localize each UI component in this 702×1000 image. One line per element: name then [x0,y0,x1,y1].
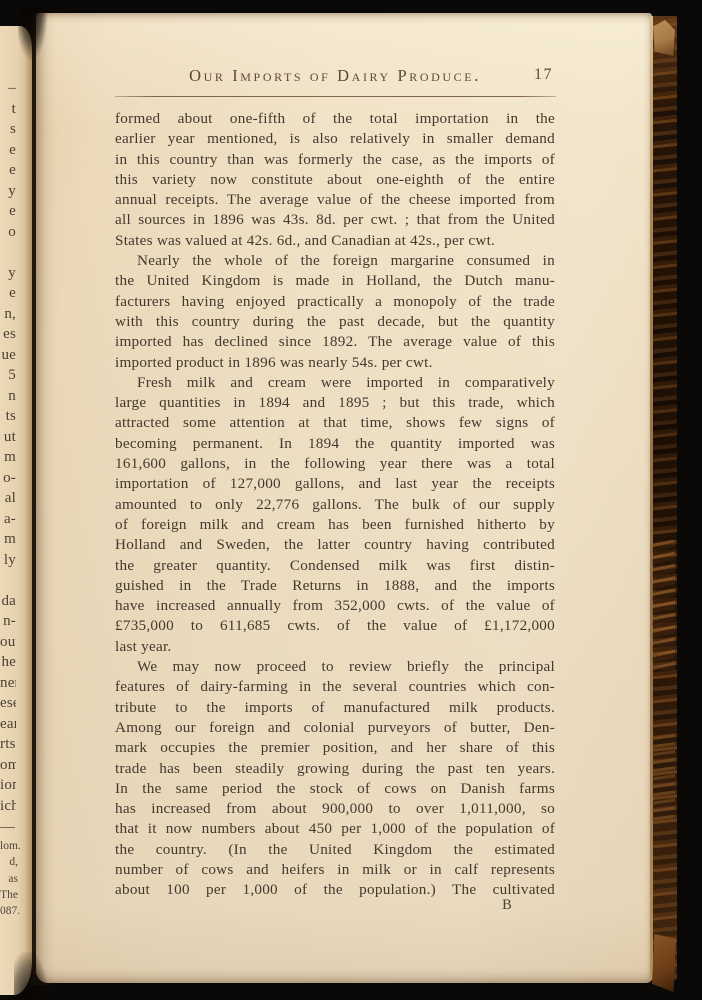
text-line: imported product in 1896 was nearly 54s.… [115,353,555,373]
text-line: Holland and Sweden, the latter country h… [115,535,555,555]
text-line: about 100 per 1,000 of the population.) … [115,880,555,900]
facing-text-fragment: – [0,78,16,99]
text-line: amounted to only 22,776 gallons. The bul… [115,495,555,515]
text-line: number of cows and heifers in milk or in… [115,860,555,880]
text-line: this variety now constitute about one-ei… [115,170,555,190]
facing-text-fragment: da [0,591,16,612]
facing-text-fragment: ich [0,796,16,817]
text-line: the country. (In the United Kingdom the … [115,840,555,860]
facing-text-fragment: y [0,181,16,202]
facing-footnote-fragment: lom. [0,838,18,854]
text-line: has increased from about 900,000 to over… [115,799,555,819]
facing-text-fragment: ts [0,406,16,427]
facing-text-fragment: e [0,283,16,304]
facing-text-fragment: es [0,324,16,345]
body-lines: formed about one-fifth of the total impo… [115,109,555,901]
text-line: Fresh milk and cream were imported in co… [115,373,555,393]
facing-text-fragment: rts. [0,734,16,755]
signature-mark: B [492,897,522,914]
book-page: Our Imports of Dairy Produce. 17 formed … [36,13,652,983]
facing-text-fragment: e [0,140,16,161]
facing-footnote-fragments: lom.d, asThe087. [0,838,18,919]
text-line: formed about one-fifth of the total impo… [115,109,555,129]
facing-page-edge: –tseeyeo yen,esue5ntsutmo-ala-mly dan-ou… [0,26,32,995]
facing-footnote-fragment: 087. [0,903,18,919]
text-line: annual receipts. The average value of th… [115,190,555,210]
text-line: In the same period the stock of cows on … [115,779,555,799]
page-title: Our Imports of Dairy Produce. [115,66,555,86]
facing-text-fragment: m [0,529,16,550]
text-line: that it now numbers about 450 per 1,000 … [115,819,555,839]
facing-text-fragment: al [0,488,16,509]
text-line: facturers having enjoyed practically a m… [115,292,555,312]
text-line: attracted some attention at that time, s… [115,413,555,433]
facing-text-fragment: n [0,386,16,407]
facing-text-fragment: ue [0,345,16,366]
facing-text-fragment: he [0,652,16,673]
text-line: guished in the Trade Returns in 1888, an… [115,576,555,596]
text-line: the United Kingdom is made in Holland, t… [115,271,555,291]
facing-text-fragment: ese [0,693,16,714]
text-line: tribute to the imports of manufactured m… [115,698,555,718]
text-line: large quantities in 1894 and 1895 ; but … [115,393,555,413]
text-line: all sources in 1896 was 43s. 8d. per cwt… [115,210,555,230]
text-line: becoming permanent. In 1894 the quantity… [115,434,555,454]
facing-text-fragment: t [0,99,16,120]
text-line: £735,000 to 611,685 cwts. of the value o… [115,616,555,636]
running-head: Our Imports of Dairy Produce. 17 [115,66,555,88]
facing-text-fragment: e [0,160,16,181]
page-number: 17 [534,66,553,84]
marble-streak [652,540,675,670]
text-line: features of dairy-farming in the several… [115,677,555,697]
text-line: 161,600 gallons, in the following year t… [115,454,555,474]
text-line: in this country than was formerly the ca… [115,150,555,170]
text-line: States was valued at 42s. 6d., and Canad… [115,231,555,251]
text-line: the greater quantity. Condensed milk was… [115,556,555,576]
facing-footnote-fragment: d, as [0,854,18,887]
page-stack-edge [650,16,653,980]
footnote-rule [0,827,15,828]
facing-text-fragment: s [0,119,16,140]
facing-text-fragment: ut [0,427,16,448]
marble-patch [652,934,676,992]
torn-corner [653,20,675,56]
facing-text-fragment: n- [0,611,16,632]
facing-text-fragment [0,570,16,591]
facing-text-fragment: om [0,755,16,776]
facing-text-fragment: a- [0,509,16,530]
facing-text-fragment: 5 [0,365,16,386]
text-line: Nearly the whole of the foreign margarin… [115,251,555,271]
text-line: with this country during the past decade… [115,312,555,332]
facing-text-fragment: out [0,632,16,653]
text-line: We may now proceed to review briefly the… [115,657,555,677]
text-line: imported has declined since 1892. The av… [115,332,555,352]
facing-text-fragment [0,242,16,263]
text-line: of foreign milk and cream has been furni… [115,515,555,535]
text-line: last year. [115,637,555,657]
facing-text-fragment: ion [0,775,16,796]
marble-streak [652,732,675,822]
book-photo: –tseeyeo yen,esue5ntsutmo-ala-mly dan-ou… [0,0,702,1000]
text-line: mark occupies the premier position, and … [115,738,555,758]
facing-text-fragment: ear [0,714,16,735]
text-line: have increased annually from 352,000 cwt… [115,596,555,616]
marbled-fore-edge [650,16,677,980]
header-rule [115,96,556,97]
facing-text-fragment: o- [0,468,16,489]
facing-footnote-fragment: The [0,887,18,903]
facing-text-fragment: ner [0,673,16,694]
facing-text-fragment: m [0,447,16,468]
text-line: earlier year mentioned, is also relative… [115,129,555,149]
text-line: importation of 127,000 gallons, and last… [115,474,555,494]
facing-text-fragment: ly [0,550,16,571]
facing-line-fragments: –tseeyeo yen,esue5ntsutmo-ala-mly dan-ou… [0,78,16,816]
text-line: Among our foreign and colonial purveyors… [115,718,555,738]
facing-text-fragment: y [0,263,16,284]
facing-text-fragment: o [0,222,16,243]
facing-text-fragment: e [0,201,16,222]
text-line: trade has been steadily growing during t… [115,759,555,779]
facing-text-fragment: n, [0,304,16,325]
